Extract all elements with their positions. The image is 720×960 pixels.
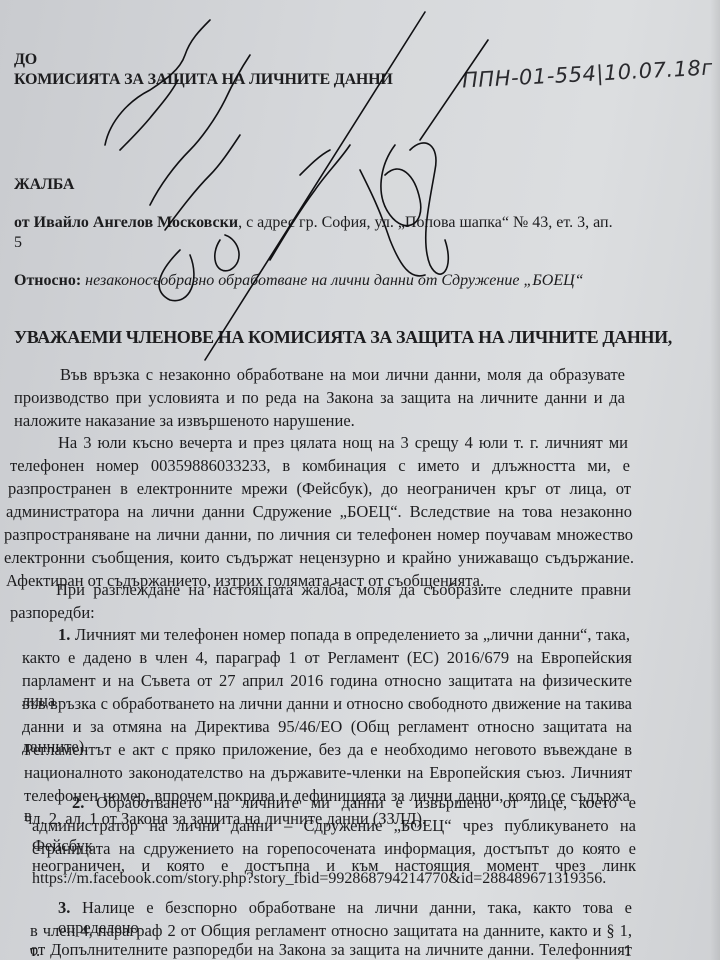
addressee-to: ДО: [14, 50, 37, 70]
subject-label: Относно:: [14, 272, 81, 289]
item1-line: националното законодателство на държавит…: [24, 763, 632, 783]
document-title: ЖАЛБА: [14, 175, 74, 195]
item3-line: от Допълнителните разпоредби на Закона з…: [30, 940, 632, 960]
registration-stamp: ППН-01-554|10.07.18г: [462, 55, 714, 92]
item2-line: 2. Обработването на личните ми данни е и…: [72, 793, 636, 813]
sender-address-cont: 5: [14, 233, 22, 253]
para2-line: разпространяване на лични данни, по личн…: [4, 525, 633, 545]
sender-line: от Ивайло Ангелов Московски, с адрес гр.…: [14, 213, 613, 233]
para1-line: Във връзка с незаконно обработване на мо…: [60, 365, 625, 385]
item2-number: 2.: [72, 793, 84, 812]
subject-line: Относно: незаконосъобразно обработване н…: [14, 271, 584, 291]
item1-line: 1. Личният ми телефонен номер попада в о…: [58, 625, 630, 645]
item3-number: 3.: [58, 898, 70, 917]
item1-line: във връзка с обработването на лични данн…: [22, 694, 632, 714]
complaint-document: ДО КОМИСИЯТА ЗА ЗАЩИТА НА ЛИЧНИТЕ ДАННИ …: [0, 0, 720, 960]
para2-line: администратора на лични данни Сдружение …: [6, 502, 632, 522]
sender-address: , с адрес гр. София, ул. „Попова шапка“ …: [238, 214, 613, 231]
para3-line: разпоредби:: [10, 603, 95, 623]
facebook-link[interactable]: https://m.facebook.com/story.php?story_f…: [32, 869, 606, 889]
sender-name: от Ивайло Ангелов Московски: [14, 214, 238, 231]
para1-line: производство при условията и по реда на …: [14, 388, 625, 408]
page-edge-shadow: [710, 0, 720, 960]
para2-line: На 3 юли късно вечерта и през цялата нощ…: [58, 433, 628, 453]
salutation: УВАЖАЕМИ ЧЛЕНОВЕ НА КОМИСИЯТА ЗА ЗАЩИТА …: [14, 327, 672, 347]
item1-line: Регламентът е акт с пряко приложение, бе…: [24, 740, 632, 760]
para1-line: наложите наказание за извършеното наруше…: [14, 411, 355, 431]
item1-line: както е дадено в член 4, параграф 1 от Р…: [22, 648, 632, 668]
para2-line: електронни съобщения, които съдържат нец…: [4, 548, 634, 568]
item1-number: 1.: [58, 625, 70, 644]
addressee-commission: КОМИСИЯТА ЗА ЗАЩИТА НА ЛИЧНИТЕ ДАННИ: [14, 70, 393, 90]
para2-line: телефонен номер 00359886033233, в комбин…: [10, 456, 630, 476]
para2-line: разпространен в електронните мрежи (Фейс…: [8, 479, 631, 499]
para3-line: При разглеждане на настоящата жалба, мол…: [56, 580, 631, 600]
subject-text: незаконосъобразно обработване на лични д…: [81, 272, 583, 289]
